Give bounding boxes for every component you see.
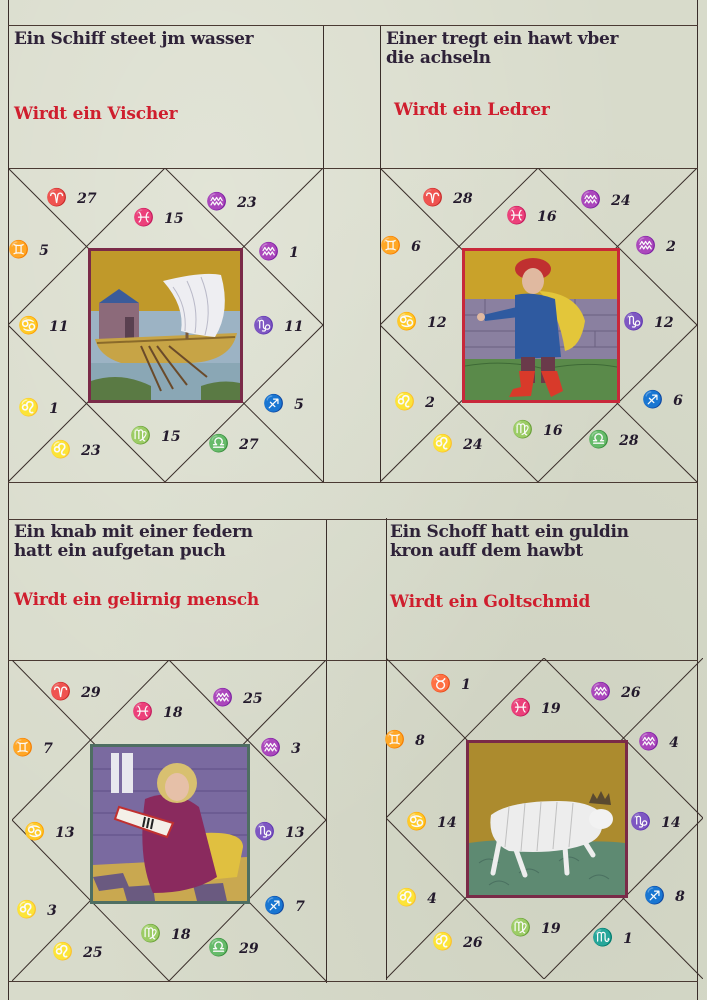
sagittarius-icon: ♐: [644, 886, 665, 906]
caption-line-2: die achseln: [386, 49, 691, 68]
house-bottom-left: ♌23: [50, 442, 101, 459]
aquarius-icon: ♒: [258, 242, 279, 262]
house-right-upper: ♒1: [258, 244, 299, 261]
leo-icon: ♌: [432, 932, 453, 952]
house-left-middle: ♋11: [18, 318, 69, 335]
leo-icon: ♌: [394, 392, 415, 412]
capricorn-icon: ♑: [254, 822, 275, 842]
house-bottom-center: ♍16: [512, 422, 563, 439]
house-bottom-left: ♌26: [432, 934, 483, 951]
caption: Einer tregt ein hawt vber die achseln: [386, 30, 691, 68]
house-right-lower: ♐6: [642, 392, 683, 409]
verdict: Wirdt ein gelirnig mensch: [14, 591, 259, 610]
ship-illustration: [91, 251, 240, 400]
leo-icon: ♌: [396, 888, 417, 908]
aries-icon: ♈: [422, 188, 443, 208]
capricorn-icon: ♑: [623, 312, 644, 332]
house-left-middle: ♋12: [396, 314, 447, 331]
horoscope-chart: ♈27 ♓15 ♒23 ♊5 ♒1 ♋11 ♑11 ♌1 ♐5 ♌23 ♍15 …: [8, 168, 323, 482]
house-left-upper: ♊8: [384, 732, 425, 749]
panel-tanner: Einer tregt ein hawt vber die achseln Wi…: [380, 25, 697, 482]
leo-icon: ♌: [52, 942, 73, 962]
house-left-lower: ♌3: [16, 902, 57, 919]
house-bottom-center: ♍18: [140, 926, 191, 943]
libra-icon: ♎: [208, 938, 229, 958]
house-top-center: ♓16: [506, 208, 557, 225]
house-left-lower: ♌1: [18, 400, 59, 417]
house-left-middle: ♋14: [406, 814, 457, 831]
house-left-upper: ♊6: [380, 238, 421, 255]
virgo-icon: ♍: [140, 924, 161, 944]
caption-line-2: kron auff dem hawbt: [390, 542, 691, 561]
house-right-lower: ♐8: [644, 888, 685, 905]
aries-icon: ♈: [50, 682, 71, 702]
gemini-icon: ♊: [12, 738, 33, 758]
leo-icon: ♌: [16, 900, 37, 920]
house-top-right: ♒24: [580, 192, 631, 209]
aquarius-icon: ♒: [580, 190, 601, 210]
house-right-middle: ♑11: [253, 318, 304, 335]
aries-icon: ♈: [46, 188, 67, 208]
house-bottom-left: ♌25: [52, 944, 103, 961]
verdict: Wirdt ein Ledrer: [394, 101, 550, 120]
house-top-center: ♓15: [133, 210, 184, 227]
house-right-middle: ♑12: [623, 314, 674, 331]
leo-icon: ♌: [432, 434, 453, 454]
cancer-icon: ♋: [18, 316, 39, 336]
aquarius-icon: ♒: [212, 688, 233, 708]
caption-line-1: Ein knab mit einer federn: [14, 523, 320, 542]
pisces-icon: ♓: [133, 208, 154, 228]
house-bottom-center: ♍19: [510, 920, 561, 937]
caption-line-1: Ein Schiff steet jm wasser: [14, 29, 253, 49]
gemini-icon: ♊: [380, 236, 401, 256]
house-right-lower: ♐7: [264, 898, 305, 915]
pisces-icon: ♓: [510, 698, 531, 718]
caption: Ein knab mit einer federn hatt ein aufge…: [14, 523, 320, 561]
capricorn-icon: ♑: [630, 812, 651, 832]
libra-icon: ♎: [208, 434, 229, 454]
sagittarius-icon: ♐: [264, 896, 285, 916]
tanner-illustration: [465, 251, 617, 400]
verdict: Wirdt ein Vischer: [14, 105, 177, 124]
house-top-left: ♈29: [50, 684, 101, 701]
house-left-upper: ♊5: [8, 242, 49, 259]
aquarius-icon: ♒: [638, 732, 659, 752]
horoscope-chart: ♈29 ♓18 ♒25 ♊7 ♒3 ♋13 ♑13 ♌3 ♐7 ♌25 ♍18 …: [12, 660, 326, 981]
house-bottom-right: ♎28: [588, 432, 639, 449]
house-top-right: ♒26: [590, 684, 641, 701]
house-right-middle: ♑14: [630, 814, 681, 831]
miniature-scholar: [90, 744, 250, 904]
virgo-icon: ♍: [512, 420, 533, 440]
house-right-lower: ♐5: [263, 396, 304, 413]
leo-icon: ♌: [50, 440, 71, 460]
aquarius-icon: ♒: [590, 682, 611, 702]
aquarius-icon: ♒: [260, 738, 281, 758]
libra-icon: ♎: [588, 430, 609, 450]
house-bottom-right: ♎27: [208, 436, 259, 453]
scholar-illustration: [93, 747, 247, 901]
panel-ship: Ein Schiff steet jm wasser Wirdt ein Vis…: [8, 25, 323, 482]
house-right-middle: ♑13: [254, 824, 305, 841]
miniature-tanner: [462, 248, 620, 403]
cancer-icon: ♋: [24, 822, 45, 842]
caption: Ein Schiff steet jm wasser: [14, 30, 317, 49]
capricorn-icon: ♑: [253, 316, 274, 336]
house-top-right: ♒23: [206, 194, 257, 211]
house-top-right: ♒25: [212, 690, 263, 707]
gemini-icon: ♊: [384, 730, 405, 750]
sagittarius-icon: ♐: [263, 394, 284, 414]
horoscope-chart: ♉1 ♓19 ♒26 ♊8 ♒4 ♋14 ♑14 ♌4 ♐8 ♌26 ♍19 ♏…: [386, 658, 703, 979]
rule-left-inner-bottom: [326, 520, 327, 983]
house-bottom-right: ♎29: [208, 940, 259, 957]
aquarius-icon: ♒: [635, 236, 656, 256]
crowned-sheep-illustration: [469, 743, 625, 895]
house-top-center: ♓18: [132, 704, 183, 721]
manuscript-page: Ein Schiff steet jm wasser Wirdt ein Vis…: [0, 0, 707, 1000]
miniature-goldsmith: [466, 740, 628, 898]
caption: Ein Schoff hatt ein guldin kron auff dem…: [390, 523, 691, 561]
aquarius-icon: ♒: [206, 192, 227, 212]
house-left-middle: ♋13: [24, 824, 75, 841]
house-right-upper: ♒3: [260, 740, 301, 757]
leo-icon: ♌: [18, 398, 39, 418]
house-top-center: ♓19: [510, 700, 561, 717]
virgo-icon: ♍: [130, 426, 151, 446]
house-bottom-left: ♌24: [432, 436, 483, 453]
panel-scholar: Ein knab mit einer federn hatt ein aufge…: [12, 519, 326, 981]
rule-left-inner: [323, 25, 324, 483]
gemini-icon: ♊: [8, 240, 29, 260]
caption-line-2: hatt ein aufgetan puch: [14, 542, 320, 561]
house-left-upper: ♊7: [12, 740, 53, 757]
house-left-lower: ♌2: [394, 394, 435, 411]
house-bottom-right: ♏1: [592, 930, 633, 947]
pisces-icon: ♓: [506, 206, 527, 226]
house-top-left: ♈27: [46, 190, 97, 207]
cancer-icon: ♋: [396, 312, 417, 332]
cancer-icon: ♋: [406, 812, 427, 832]
house-top-left: ♈28: [422, 190, 473, 207]
caption-line-1: Ein Schoff hatt ein guldin: [390, 523, 691, 542]
pisces-icon: ♓: [132, 702, 153, 722]
caption-line-1: Einer tregt ein hawt vber: [386, 30, 691, 49]
rule-chart-bottom-upper: [8, 482, 698, 483]
taurus-icon: ♉: [430, 674, 451, 694]
panel-goldsmith: Ein Schoff hatt ein guldin kron auff dem…: [386, 519, 697, 981]
house-left-lower: ♌4: [396, 890, 437, 907]
scorpio-icon: ♏: [592, 928, 613, 948]
house-top-left: ♉1: [430, 676, 471, 693]
house-right-upper: ♒2: [635, 238, 676, 255]
rule-chart-bottom-lower: [8, 981, 698, 982]
house-bottom-center: ♍15: [130, 428, 181, 445]
house-right-upper: ♒4: [638, 734, 679, 751]
sagittarius-icon: ♐: [642, 390, 663, 410]
miniature-ship: [88, 248, 243, 403]
virgo-icon: ♍: [510, 918, 531, 938]
horoscope-chart: ♈28 ♓16 ♒24 ♊6 ♒2 ♋12 ♑12 ♌2 ♐6 ♌24 ♍16 …: [380, 168, 697, 482]
verdict: Wirdt ein Goltschmid: [390, 593, 590, 612]
